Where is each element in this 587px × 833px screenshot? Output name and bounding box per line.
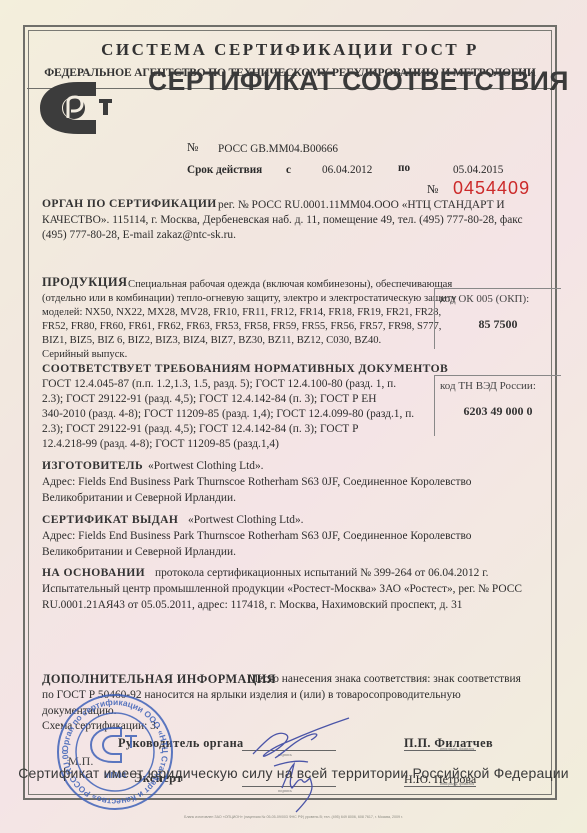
standards-line4: 2.3); ГОСТ 29122-91 (разд. 4,5); ГОСТ 12… [42,422,358,437]
number-sign: № [187,140,198,155]
basis-line2: Испытательный центр промышленной продукц… [42,582,522,597]
okp-code-value: 85 7500 [435,317,561,332]
certification-seal-icon: Орган по сертификации ООО «НТЦ Стандарт … [55,692,175,812]
additional-info-label: ДОПОЛНИТЕЛЬНАЯ ИНФОРМАЦИЯ [42,672,276,687]
standards-line1: ГОСТ 12.4.045-87 (п.п. 1.2,1.3, 1.5, раз… [42,377,396,392]
okp-code-box: код ОК 005 (ОКП): 85 7500 [434,288,561,349]
product-line6: Серийный выпуск. [42,348,127,362]
standards-line3: 340-2010 (разд. 4-8); ГОСТ 11209-85 (раз… [42,407,414,422]
issued-to-name: «Portwest Clothing Ltd». [188,513,304,528]
additional-line1: Место нанесения знака соответствия: знак… [248,672,521,687]
certification-body-line3: (495) 777-80-28, E-mail zakaz@ntc-sk.ru. [42,228,236,243]
product-line3: моделей: NX50, NX22, MX28, MV28, FR10, F… [42,306,441,320]
okp-code-label: код ОК 005 (ОКП): [440,293,529,305]
product-line5: BIZ1, BIZ5, BIZ 6, BIZ2, BIZ3, BIZ4, BIZ… [42,334,381,348]
form-number-sign: № [427,182,438,197]
rst-mark-icon [38,80,113,136]
expert-name-line [404,786,476,787]
expert-name-caption: инициалы, фамилия [440,781,474,786]
basis-line3: RU.0001.21АЯ43 от 05.05.2011, адрес: 117… [42,598,463,613]
manufacturer-name: «Portwest Clothing Ltd». [148,459,264,474]
head-signature-icon [245,712,355,762]
head-name-caption: инициалы, фамилия [440,746,474,751]
certificate-number: РОСС GB.MM04.B00666 [218,143,338,155]
standards-line2: 2.3); ГОСТ 29122-91 (разд. 4,5); ГОСТ 12… [42,392,376,407]
tnved-code-value: 6203 49 000 0 [435,404,561,419]
basis-line1: протокола сертификационных испытаний № 3… [155,566,488,581]
product-line1: Специальная рабочая одежда (включая комб… [128,278,452,292]
certification-body-line1: рег. № РОСС RU.0001.11MM04.ООО «НТЦ СТАН… [218,198,505,213]
issued-to-label: СЕРТИФИКАТ ВЫДАН [42,513,178,526]
product-label: ПРОДУКЦИЯ [42,275,127,290]
validity-from-label: с [286,164,291,176]
basis-label: НА ОСНОВАНИИ [42,566,145,579]
certificate-title: СЕРТИФИКАТ СООТВЕТСТВИЯ [148,66,569,97]
validity-label: Срок действия [187,164,262,176]
valid-to-date: 05.04.2015 [453,164,503,176]
certification-body-label: ОРГАН ПО СЕРТИФИКАЦИИ [42,197,217,210]
form-serial-number: 0454409 [453,178,530,199]
issued-to-address2: Великобритании и Северной Ирландии. [42,545,236,560]
standards-line5: 12.4.218-99 (разд. 4-8); ГОСТ 11209-85 (… [42,437,279,452]
manufacturer-address1: Адрес: Fields End Business Park Thurnsco… [42,475,471,490]
manufacturer-address2: Великобритании и Северной Ирландии. [42,491,236,506]
print-info: Бланк изготовлен ЗАО «ОПЦИОН» (лицензия … [0,815,587,819]
system-title: СИСТЕМА СЕРТИФИКАЦИИ ГОСТ Р [27,40,553,60]
product-line2: (отдельно или в комбинации) тепло-огневу… [42,292,456,306]
product-line4: FR52, FR80, FR60, FR61, FR62, FR63, FR53… [42,320,441,334]
tnved-code-label: код ТН ВЭД России: [440,380,536,392]
valid-from-date: 06.04.2012 [322,164,372,176]
certification-body-line2: КАЧЕСТВО». 115114, г. Москва, Дербеневск… [42,213,523,228]
issued-to-address1: Адрес: Fields End Business Park Thurnsco… [42,529,471,544]
legal-validity-note: Сертификат имеет юридическую силу на все… [0,765,587,781]
tnved-code-box: код ТН ВЭД России: 6203 49 000 0 [434,375,561,436]
standards-label: СООТВЕТСТВУЕТ ТРЕБОВАНИЯМ НОРМАТИВНЫХ ДО… [42,362,448,375]
manufacturer-label: ИЗГОТОВИТЕЛЬ [42,459,143,472]
validity-to-label: по [398,162,410,174]
